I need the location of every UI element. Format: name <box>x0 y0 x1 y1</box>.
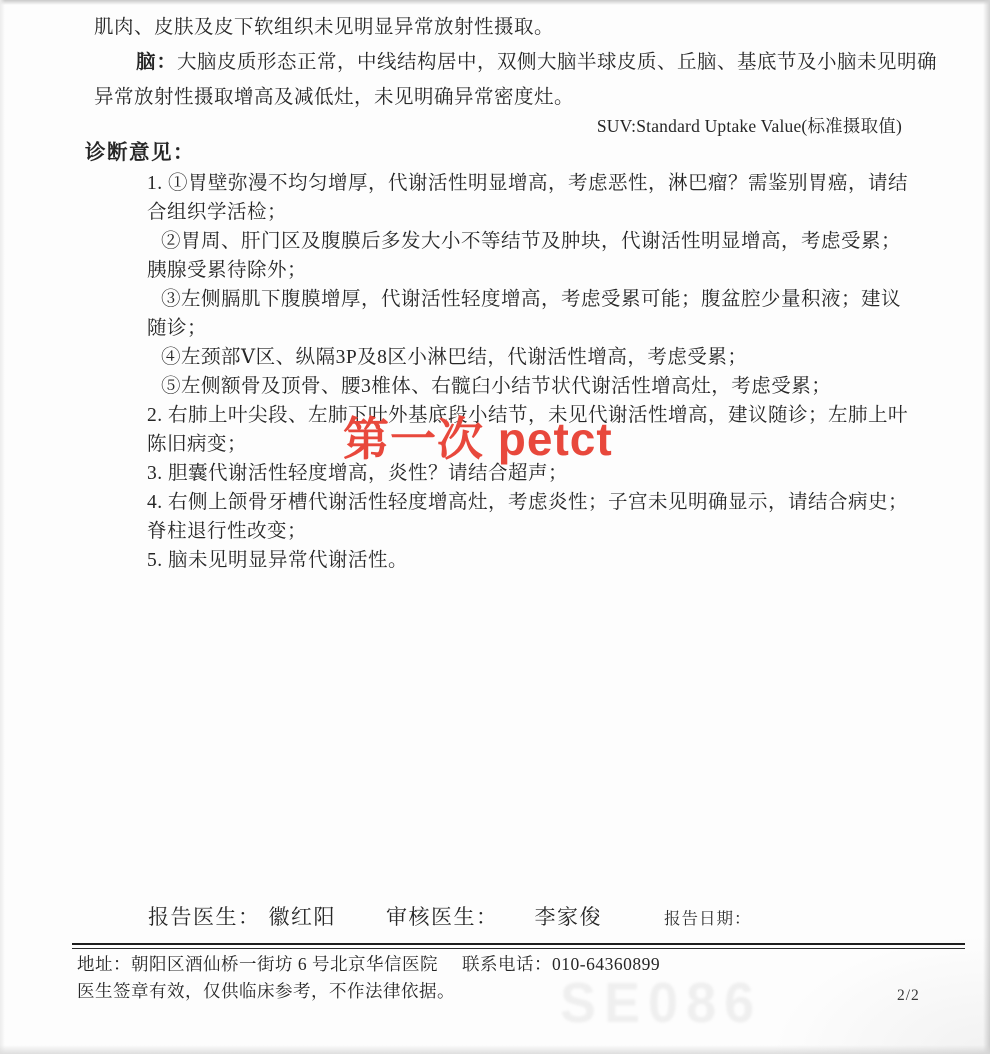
footer-contact-line: 地址：朝阳区酒仙桥一街坊 6 号北京华信医院 联系电话：010-64360899 <box>77 951 660 978</box>
photo-edge-bottom <box>0 1045 990 1054</box>
text-line: 脑：大脑皮质形态正常，中线结构居中，双侧大脑半球皮质、丘脑、基底节及小脑未见明确 <box>0 45 990 80</box>
diagnosis-list: 1. ①胃壁弥漫不均匀增厚，代谢活性明显增高，考虑恶性，淋巴瘤？需鉴别胃癌，请结… <box>0 169 990 575</box>
page-number: 2/2 <box>897 987 920 1005</box>
text-line: 脊柱退行性改变； <box>0 517 990 546</box>
hospital-address: 地址：朝阳区酒仙桥一街坊 6 号北京华信医院 <box>77 951 438 978</box>
footer: 地址：朝阳区酒仙桥一街坊 6 号北京华信医院 联系电话：010-64360899… <box>77 951 660 1005</box>
review-doctor-name: 李家俊 <box>535 901 603 931</box>
text-line: 胰腺受累待除外； <box>0 256 990 285</box>
contact-phone: 联系电话：010-64360899 <box>462 951 660 978</box>
annotation-overlay: 第一次 petct <box>343 403 613 469</box>
text-line: 随诊； <box>0 314 990 343</box>
text-line: 合组织学活检； <box>0 198 990 227</box>
text-line: ③左侧膈肌下腹膜增厚，代谢活性轻度增高，考虑受累可能；腹盆腔少量积液；建议 <box>0 285 990 314</box>
divider-double-rule <box>72 943 965 949</box>
text-line: 肌肉、皮肤及皮下软组织未见明显异常放射性摄取。 <box>0 10 990 45</box>
signature-row: 报告医生： 徽红阳 审核医生： 李家俊 报告日期： <box>148 901 752 931</box>
text-line: ②胃周、肝门区及腹膜后多发大小不等结节及肿块，代谢活性明显增高，考虑受累； <box>0 227 990 256</box>
text-line: ⑤左侧额骨及顶骨、腰3椎体、右髋臼小结节状代谢活性增高灶，考虑受累； <box>0 372 990 401</box>
report-doctor-name: 徽红阳 <box>269 901 337 931</box>
text-line: 5. 脑未见明显异常代谢活性。 <box>0 546 990 575</box>
medical-report-page: SE086 肌肉、皮肤及皮下软组织未见明显异常放射性摄取。脑：大脑皮质形态正常，… <box>0 0 990 1054</box>
text-line: ④左颈部Ⅴ区、纵隔3P及8区小淋巴结，代谢活性增高，考虑受累； <box>0 343 990 372</box>
text-line: 异常放射性摄取增高及减低灶，未见明确异常密度灶。 <box>0 80 990 115</box>
suv-note: SUV:Standard Uptake Value(标准摄取值) <box>0 115 990 138</box>
text-line: 1. ①胃壁弥漫不均匀增厚，代谢活性明显增高，考虑恶性，淋巴瘤？需鉴别胃癌，请结 <box>0 169 990 198</box>
report-doctor-label: 报告医生： <box>148 901 261 931</box>
findings-section: 肌肉、皮肤及皮下软组织未见明显异常放射性摄取。脑：大脑皮质形态正常，中线结构居中… <box>0 0 990 115</box>
review-doctor-label: 审核医生： <box>386 901 499 931</box>
diagnosis-heading: 诊断意见： <box>0 140 990 167</box>
text-line: 4. 右侧上颌骨牙槽代谢活性轻度增高灶，考虑炎性；子宫未见明确显示，请结合病史； <box>0 488 990 517</box>
photo-corner-shade <box>770 934 990 1054</box>
footer-disclaimer: 医生签章有效，仅供临床参考，不作法律依据。 <box>77 978 660 1005</box>
report-date-label: 报告日期： <box>664 905 752 929</box>
